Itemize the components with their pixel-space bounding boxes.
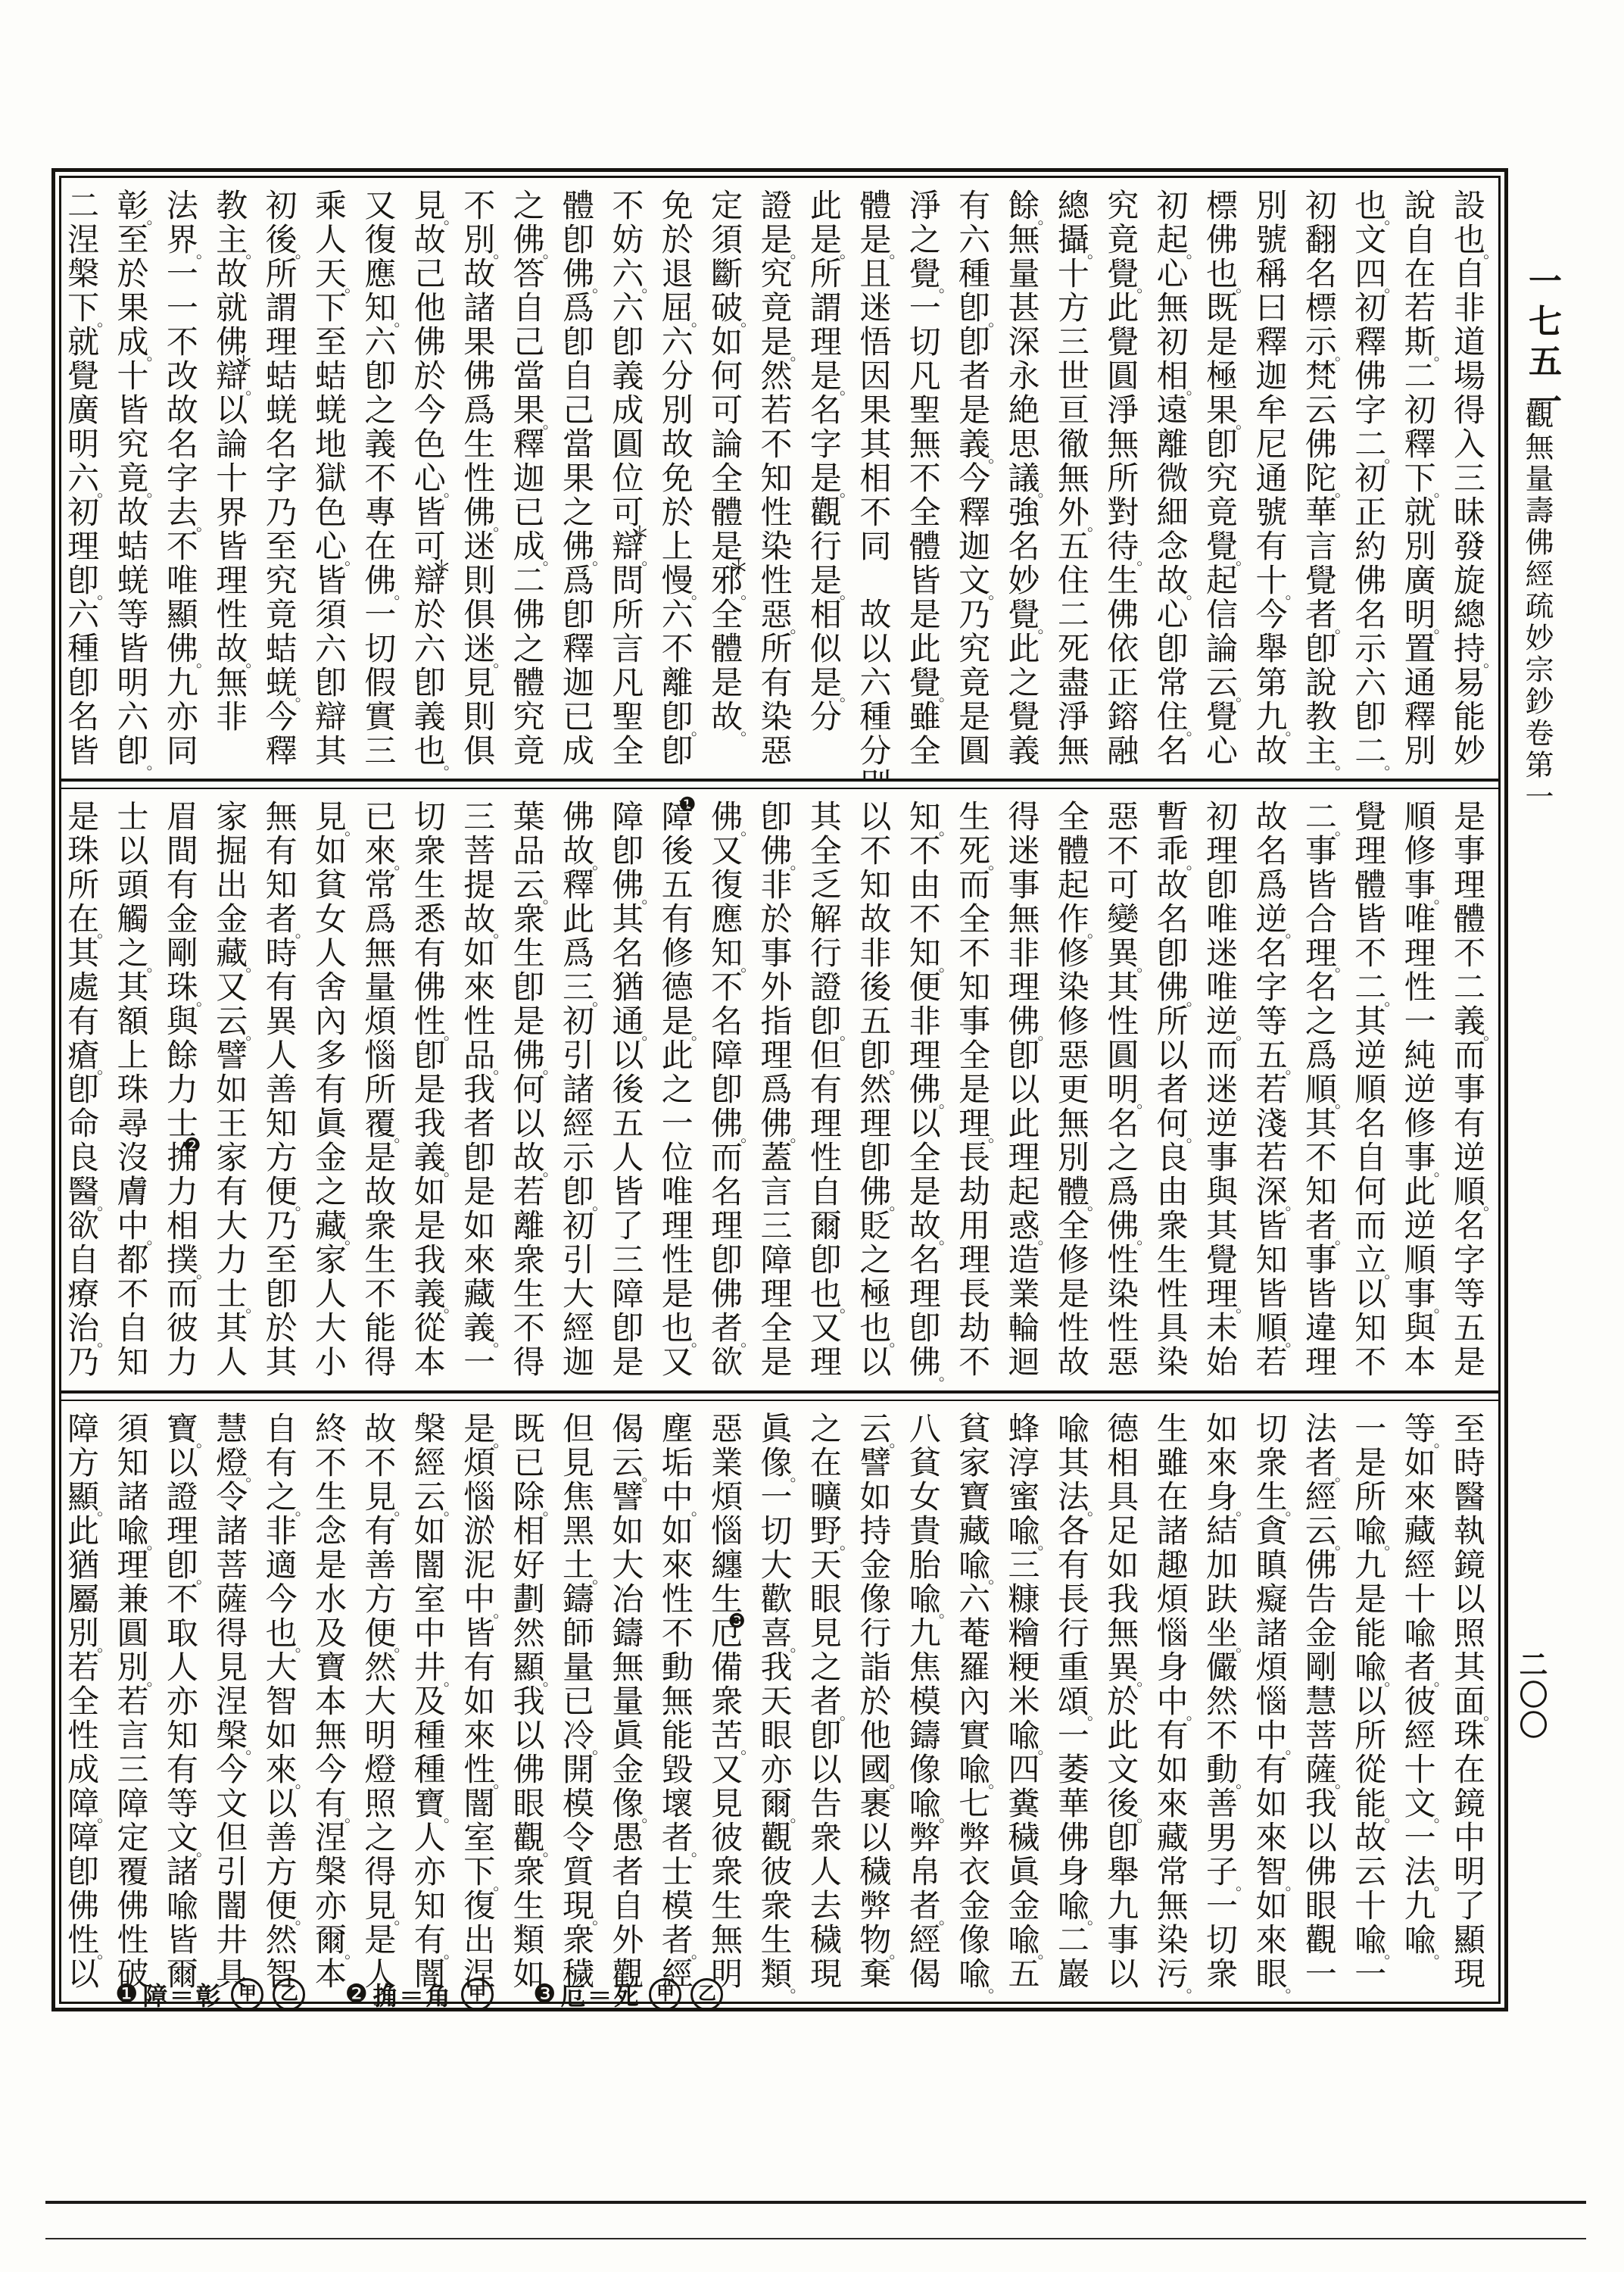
text-column: 究竟覺。此覺圓淨無所對待。生佛依正鎔融	[1095, 189, 1144, 774]
text-column: 總攝。十方三世亘徹無外。五住二死盡淨無	[1045, 189, 1094, 774]
page-edge-line	[45, 2238, 1586, 2239]
text-column: 二涅槃下。就覺廣明六。初理卽。六種卽名皆	[61, 189, 104, 774]
text-column: 佛故。釋此爲三。初引諸經示卽。初引大經迦	[550, 800, 600, 1385]
text-column: 彰。至於果成。十皆究竟。故蛣蜣等皆明六卽。	[104, 189, 154, 774]
text-column: 此是。所謂理是。名字是。觀行是。相似是。分	[798, 189, 847, 774]
text-column: 乘人天。下至蛣蜣地獄色心。皆須六卽辯其	[303, 189, 352, 774]
footnote-text: 捔＝角	[372, 1977, 452, 2012]
text-column: 見。如貧女人舍內多有眞金之藏。家人大小	[303, 800, 352, 1385]
footnote-number-icon: ❶	[115, 1981, 138, 2007]
text-column: 八貧女貴胎喩。九焦模鑄像喩。弊帛者。經偈	[896, 1412, 946, 1997]
text-column: 偈云。譬如大冶鑄無量眞金像。愚者自外觀	[600, 1412, 649, 1997]
register-middle: 是事理體不二義。而事有逆順。名字等五是順修事。唯理性一純逆修事。此逆順事。與本覺…	[61, 789, 1498, 1390]
page: { "header": { "taisho_text_number": "一七五…	[0, 0, 1624, 2272]
text-column: 知。不由不知。便非理佛。以全是故。名理卽佛。	[896, 800, 946, 1385]
register-lower: 至時醫執鏡以照其面。珠在鏡中明了顯現等。如來藏經十喩者。彼經十文。一法。九喩。一…	[61, 1401, 1498, 2002]
text-column: 其全乏解行證卽。但有理性自爾卽也。又理	[798, 800, 847, 1385]
text-column: 免於退屈。六分別故免於上慢。六不離卽。卽	[649, 189, 698, 774]
text-column: 故不見。有善方便。然大明燈照之得見。是人	[352, 1412, 401, 1997]
text-column: 體是。且迷悟因果其相不同 故以六種分別	[847, 189, 896, 774]
text-column: 葉品云。衆生卽是佛。何以故。若離衆生不得	[500, 800, 550, 1385]
witness-siglum: 甲	[231, 1978, 263, 2011]
footnote-number-icon: ❷	[344, 1981, 367, 2007]
text-column: 云。譬如持金像行詣於他國。裹以穢弊物。棄	[847, 1412, 896, 1997]
text-column: 餘。無量甚深永絶思議。強名妙覺。此之覺義	[996, 189, 1045, 774]
register-upper: 設也。自非道場得入三昧發旋總持。易能妙說自在若斯。二初釋下。就別廣明。置通釋別也…	[61, 178, 1498, 779]
text-column: 說自在若斯。二初釋下。就別廣明。置通釋別	[1392, 189, 1441, 774]
text-column: 法者。經云。佛告金剛慧菩薩。我以佛眼觀一	[1292, 1412, 1342, 1997]
footnote-item: ❶障＝彰甲乙	[115, 1977, 305, 2012]
text-column: 既已除。相好劃然顯。我以佛眼觀。衆生類如	[500, 1412, 550, 1997]
text-column: 喩其法。各有長行重頌。一萎華佛身喩。二巖	[1045, 1412, 1094, 1997]
text-column: 教主。故就佛＊辯。以論十界皆理性故。無非	[204, 189, 253, 774]
folio-number: 二〇〇	[1510, 1649, 1551, 1740]
text-column: 也。文四。初釋佛字二。初正約佛名示六卽二。	[1342, 189, 1392, 774]
text-column: 眉間有金剛珠。與餘力士❷捔力相撲。而彼力	[154, 800, 203, 1385]
page-edge-line	[45, 2201, 1586, 2204]
text-column: 須知諸喩。理兼圓別。若言三障定覆佛性破	[104, 1412, 154, 1997]
text-column: 故名爲逆。名字等五。若淺若深。皆知皆順。若	[1243, 800, 1292, 1385]
text-column: 塵垢中。如來性不動無能毀壞者。士模者。經	[649, 1412, 698, 1997]
register-divider	[61, 779, 1498, 789]
text-column: 不妨六。六卽義成圓位可＊辯。問所言凡聖全	[600, 189, 649, 774]
text-column: 寶。以證理卽。不取人亦知有等文。諸喩皆爾。	[154, 1412, 203, 1997]
text-column: 已來。常爲無量煩惱所覆。是故衆生不能得	[352, 800, 401, 1385]
text-column: 三菩提故。如來性品。我者卽是如來藏義。一	[451, 800, 500, 1385]
footnote-text: 障＝彰	[142, 1977, 222, 2012]
text-column: 證是。究竟是。然若不知性染性惡。所有染惡	[748, 189, 797, 774]
text-column: 得迷事無非理佛。卽以此理起惑。造業輪迴	[996, 800, 1045, 1385]
text-column: 初起。心無初相。遠離微細念故。心卽常住。名	[1144, 189, 1193, 774]
text-column: 障方顯。此猶屬別。若全性成障。障卽佛性。以	[61, 1412, 104, 1997]
text-column: 之在曠野。天眼見之者。卽以告衆人去穢現	[798, 1412, 847, 1997]
text-column: 卽佛。非於事外指理爲佛。蓋言三障理全是	[748, 800, 797, 1385]
text-column: 貧家寶藏喩。六菴羅內實喩。七弊衣金像喩。	[946, 1412, 996, 1997]
witness-siglum: 甲	[649, 1978, 681, 2011]
text-column: 體卽佛。爲卽自己當果之佛。爲卽釋迦已成	[550, 189, 600, 774]
text-column: 不別。故諸果佛爲生性佛。迷則俱迷。見則俱	[451, 189, 500, 774]
text-column: 惡不可變異。其性圓明。名之爲佛。性染性惡	[1095, 800, 1144, 1385]
text-column: ❶障後五有修德是。此之一位唯理性是也。又	[649, 800, 698, 1385]
text-column: 標佛也。既是極果。卽究竟覺。起信論云。覺心	[1194, 189, 1243, 774]
text-column: 生雖在諸趣煩惱身中。有如來藏常無染污。	[1144, 1412, 1193, 1997]
footnote-text: 厄＝死	[560, 1977, 640, 2012]
register-divider	[61, 1390, 1498, 1401]
text-column: 順修事。唯理性一純逆修事。此逆順事。與本	[1392, 800, 1441, 1385]
footnote-number-icon: ❸	[533, 1981, 556, 2007]
text-column: 是珠所在。其處有瘡。卽命良醫。欲自療治。乃	[61, 800, 104, 1385]
text-column: 切衆生悉有佛性。卽是我義。如是我義。從本	[401, 800, 450, 1385]
text-column: 佛。又復應知。不名障卽佛。而名理卽佛者。欲	[699, 800, 748, 1385]
text-column: 設也。自非道場得入三昧發旋總持。易能妙	[1442, 189, 1491, 774]
text-column: 見。故己他佛於今色心。皆可＊辯於六卽義也。	[401, 189, 450, 774]
text-column: 蜂淳蜜喩。三糠糩粳米喩。四糞穢眞金喩。五	[996, 1412, 1045, 1997]
text-column: 之佛。答自己當果。釋迦已成。二佛之體究竟	[500, 189, 550, 774]
text-column: 全體起作。修染修惡更無別體。全修是性故	[1045, 800, 1094, 1385]
witness-siglum: 乙	[273, 1978, 305, 2011]
footnote-item: ❸厄＝死甲乙	[533, 1977, 723, 2012]
text-column: 槃經云。如闇室中井。及種種寶。人亦知有。闇	[401, 1412, 450, 1997]
text-column: 暫乖。故名卽佛。所以者何。良由衆生性具染	[1144, 800, 1193, 1385]
text-column: 初後。所謂理蛣蜣名字乃至究竟蛣蜣。今釋	[253, 189, 302, 774]
footnote-bar: ❶障＝彰甲乙❷捔＝角甲❸厄＝死甲乙	[115, 1977, 723, 2011]
text-column: 士以頭觸之。其額上珠尋沒膚中。都不自知	[104, 800, 154, 1385]
text-column: 眞像。一切大歡喜。我天眼亦爾。觀彼衆生類。	[748, 1412, 797, 1997]
text-column: 又復應知。六卽之義不專在佛。一切假實三	[352, 189, 401, 774]
text-column: 終不生念是水及寶本無今有。涅槃亦爾。本	[303, 1412, 352, 1997]
text-column: 以不知故非後五卽。然理卽佛。貶之極也。以	[847, 800, 896, 1385]
text-column: 切衆生。貪瞋癡諸煩惱中。有如來智。如來眼。	[1243, 1412, 1292, 1997]
witness-siglum: 甲	[461, 1978, 494, 2011]
text-column: 定須斷破。如何可論全體是＊邪。全體是故。	[699, 189, 748, 774]
text-column: 初理卽唯迷唯逆。而迷逆事與其覺理。未始	[1194, 800, 1243, 1385]
text-column: 自有之。非適今也。大智如來。以善方便。然智	[253, 1412, 302, 1997]
text-column: 惡業煩惱纏生❸厄備衆苦。又見彼衆生無明	[699, 1412, 748, 1997]
footnote-item: ❷捔＝角甲	[344, 1977, 493, 2012]
text-column: 是。煩惱淤泥中。皆有如來性。闇室下。復出涅	[451, 1412, 500, 1997]
text-column: 生死。而全不知事全是理。長劫用理長劫不	[946, 800, 996, 1385]
text-column: 有六種卽。卽者是義。今釋迦文。乃究竟是圓	[946, 189, 996, 774]
text-column: 如來身。結加趺坐。儼然不動。善男子。一切衆	[1194, 1412, 1243, 1997]
text-column: 德相具足如我無異。於此文後。卽舉九事以	[1095, 1412, 1144, 1997]
text-column: 淨之覺。一切凡聖無不全體皆是此覺。雖全	[896, 189, 946, 774]
text-column: 家掘出金藏。又云。譬如王家有大力士。其人	[204, 800, 253, 1385]
text-column: 是事理體不二義。而事有逆順。名字等五是	[1442, 800, 1491, 1385]
text-column: 二。事皆合理。名之爲順。其不知者。事皆違理	[1292, 800, 1342, 1385]
text-column: 別號稱曰釋迦牟尼通號有十。今舉第九。故	[1243, 189, 1292, 774]
witness-siglum: 乙	[690, 1978, 723, 2011]
text-column: 覺理體皆不二。其逆順名自何而立。以知不	[1342, 800, 1392, 1385]
text-column: 法界。一一不改故名字去。不唯顯佛。九亦同	[154, 189, 203, 774]
text-frame: 設也。自非道場得入三昧發旋總持。易能妙說自在若斯。二初釋下。就別廣明。置通釋別也…	[59, 176, 1501, 2004]
text-column: 一是所喩。九是能喩。以所從能。故云十喩。一	[1342, 1412, 1392, 1997]
text-column: 障卽佛。其名猶通。以後五人皆了三障卽是	[600, 800, 649, 1385]
text-column: 無有知者。時有異人善知方便。乃至卽於其	[253, 800, 302, 1385]
text-column: 初翻名標示。梵云佛陀。華言覺者。卽說教主。	[1292, 189, 1342, 774]
text-column: 等。如來藏經十喩者。彼經十文。一法。九喩。	[1392, 1412, 1441, 1997]
margin-title: 觀無量壽佛經疏妙宗鈔卷第一	[1516, 400, 1557, 813]
text-column: 但見焦黑土。鑄師量已冷。開模令質現。衆穢	[550, 1412, 600, 1997]
text-column: 慧燈。令諸菩薩得見涅槃。今文但引闇井具	[204, 1412, 253, 1997]
text-column: 至時醫執鏡以照其面。珠在鏡中明了顯現	[1442, 1412, 1491, 1997]
